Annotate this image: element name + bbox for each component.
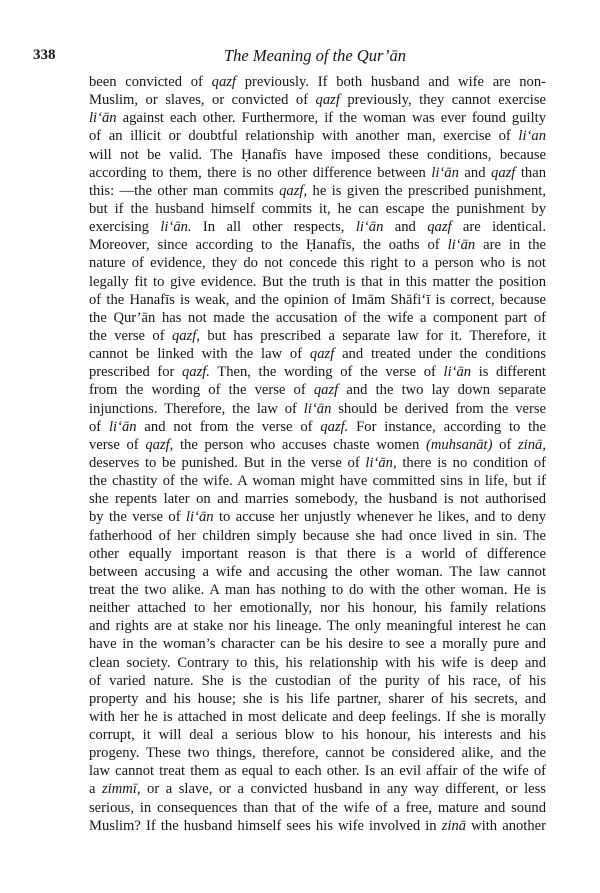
text-line: a zimmī, or a slave, or a convicted husb… (89, 780, 546, 798)
text-line: corrupt, it will deal a serious blow to … (89, 726, 546, 744)
text-line: Muslim? If the husband himself sees his … (89, 817, 546, 835)
text-line: Muslim, or slaves, or convicted of qazf … (89, 91, 546, 109)
text-line: property and his house; she is his life … (89, 690, 546, 708)
text-line: nature of evidence, they do not concede … (89, 254, 546, 272)
text-line: cannot be linked with the law of qazf an… (89, 345, 546, 363)
running-title: The Meaning of the Qur’ān (0, 46, 600, 66)
text-line: li‘ān against each other. Furthermore, i… (89, 109, 546, 127)
text-line: prescribed for qazf. Then, the wording o… (89, 363, 546, 381)
text-line: serious, in consequences than that of th… (89, 799, 546, 817)
text-line: other equally important reason is that t… (89, 545, 546, 563)
text-line: the chastity of the wife. A woman might … (89, 472, 546, 490)
text-line: of li‘ān and not from the verse of qazf.… (89, 418, 546, 436)
text-line: according to them, there is no other dif… (89, 164, 546, 182)
text-line: been convicted of qazf previously. If bo… (89, 73, 546, 91)
text-line: of the Hanafīs is weak, and the opinion … (89, 291, 546, 309)
text-line: from the wording of the verse of qazf an… (89, 381, 546, 399)
text-line: of varied nature. She is the custodian o… (89, 672, 546, 690)
text-line: this: —the other man commits qazf, he is… (89, 182, 546, 200)
text-line: verse of qazf, the person who accuses ch… (89, 436, 546, 454)
text-line: between accusing a wife and accusing the… (89, 563, 546, 581)
text-line: injunctions. Therefore, the law of li‘ān… (89, 400, 546, 418)
body-text: been convicted of qazf previously. If bo… (89, 73, 546, 835)
text-line: legally fit to give evidence. But the tr… (89, 273, 546, 291)
text-line: fatherhood of her children simply becaus… (89, 527, 546, 545)
text-line: treat the two alike. A man has nothing t… (89, 581, 546, 599)
text-line: but if the husband himself commits it, h… (89, 200, 546, 218)
text-line: and rights are at stake nor his lineage.… (89, 617, 546, 635)
text-line: the Qur’ān has not made the accusation o… (89, 309, 546, 327)
text-line: will not be valid. The Ḥanafīs have impo… (89, 146, 546, 164)
text-line: Moreover, since according to the Ḥanafīs… (89, 236, 546, 254)
text-line: neither attached to her emotionally, nor… (89, 599, 546, 617)
text-line: exercising li‘ān. In all other respects,… (89, 218, 546, 236)
text-line: with her he is attached in most delicate… (89, 708, 546, 726)
text-line: she repents later on and marries somebod… (89, 490, 546, 508)
text-line: of an illicit or doubtful relationship w… (89, 127, 546, 145)
text-line: law cannot treat them as equal to each o… (89, 762, 546, 780)
text-line: by the verse of li‘ān to accuse her unju… (89, 508, 546, 526)
text-line: have in the woman’s character can be his… (89, 635, 546, 653)
text-line: deserves to be punished. But in the vers… (89, 454, 546, 472)
text-line: progeny. These two things, therefore, ca… (89, 744, 546, 762)
text-line: the verse of qazf, but has prescribed a … (89, 327, 546, 345)
text-line: clean society. Contrary to this, his rel… (89, 654, 546, 672)
